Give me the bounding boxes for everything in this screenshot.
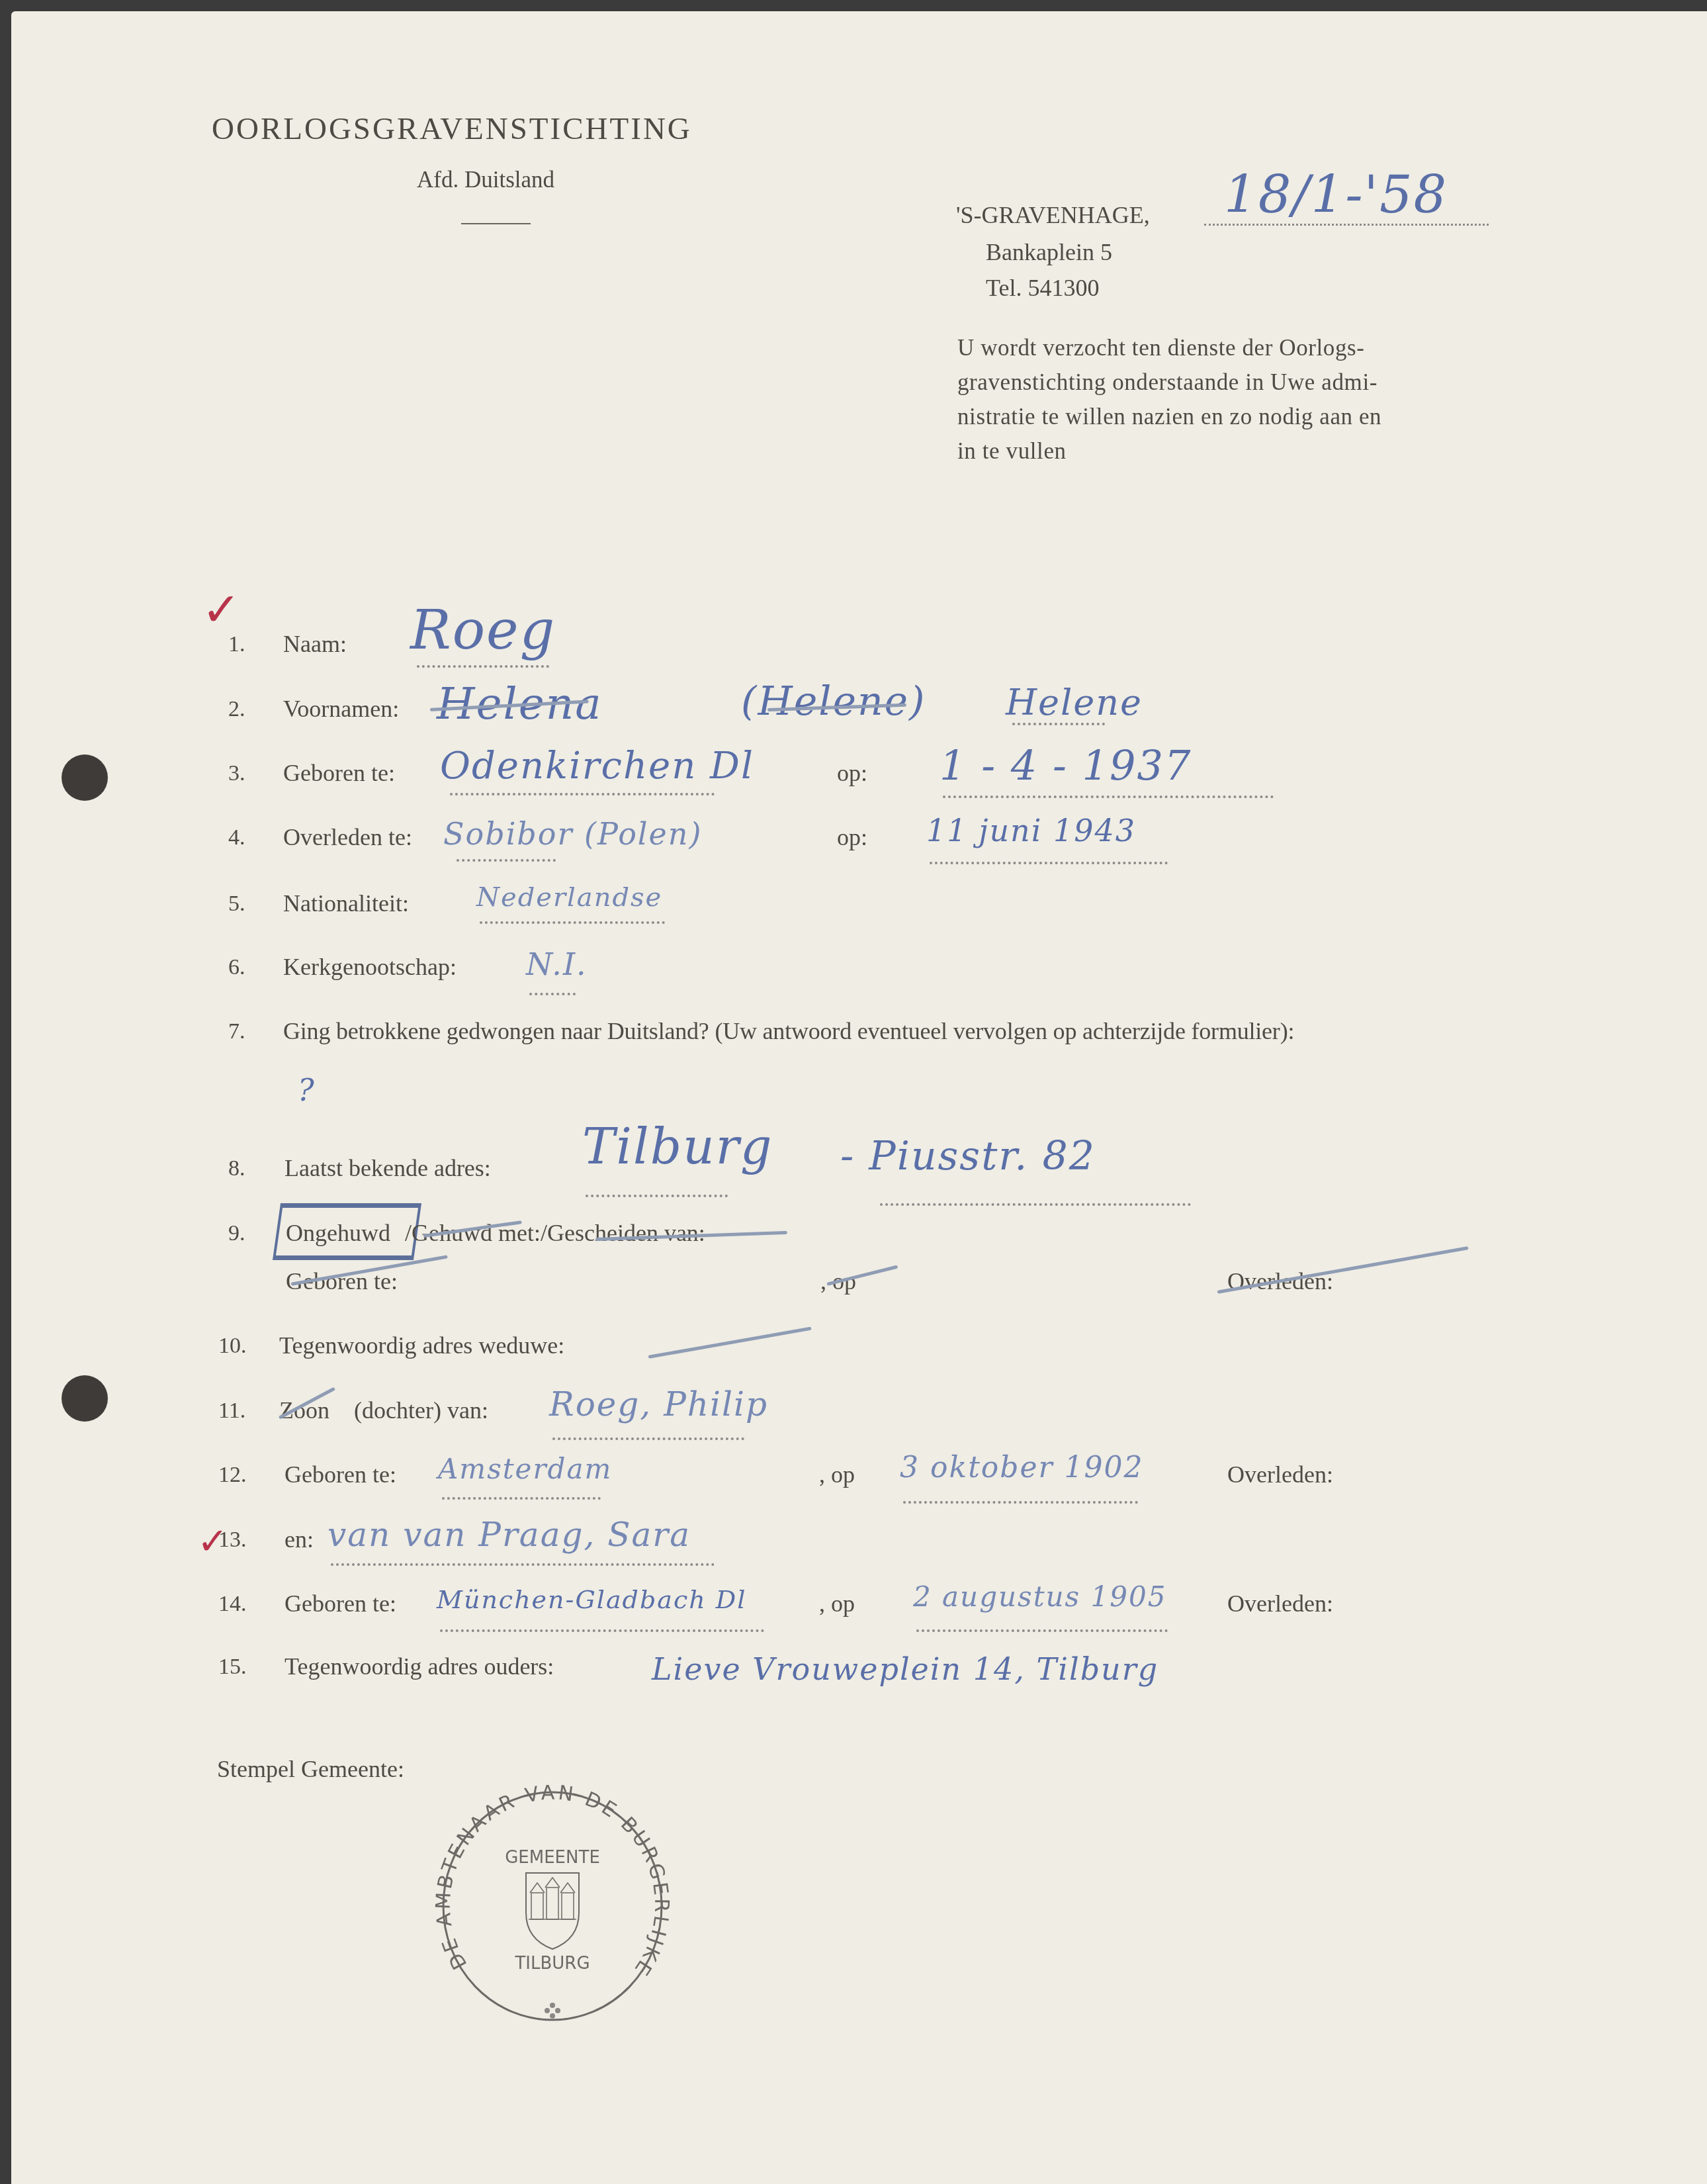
street-address: Bankaplein 5 (986, 238, 1112, 266)
field-number: 7. (228, 1019, 245, 1044)
svg-text:TILBURG: TILBURG (514, 1954, 590, 1974)
phone-number: Tel. 541300 (986, 274, 1099, 302)
father-birthdate-value: 3 oktober 1902 (900, 1451, 1144, 1484)
instruction-line: in te vullen (957, 434, 1381, 469)
religion-label: Kerkgenootschap: (283, 953, 457, 981)
mother-birthplace-dotted-line (440, 1629, 764, 1632)
document-page (11, 11, 1707, 2184)
birthdate-dotted-line (943, 796, 1274, 798)
given-names-added: Helene (1006, 682, 1143, 723)
field-number: 2. (228, 697, 245, 722)
deathdate-value: 11 juni 1943 (926, 813, 1136, 848)
field-number: 11. (218, 1398, 245, 1424)
mother-label: en: (284, 1525, 314, 1553)
mother-birthplace-label: Geboren te: (284, 1590, 396, 1617)
father-birthplace-dotted-line (442, 1497, 601, 1500)
nationality-value: Nederlandse (476, 882, 662, 913)
city-label: 'S-GRAVENHAGE, (956, 201, 1150, 229)
child-of-label: (dochter) van: (354, 1396, 488, 1424)
father-birthplace-label: Geboren te: (284, 1461, 396, 1488)
parents-address-label: Tegenwoordig adres ouders: (284, 1653, 554, 1680)
forced-to-germany-question: Ging betrokkene gedwongen naar Duitsland… (283, 1017, 1294, 1045)
field-number: 10. (218, 1334, 247, 1359)
punch-hole-bottom (62, 1375, 108, 1422)
field-number: 4. (228, 825, 245, 850)
given-names-struck: (Helene) (741, 678, 926, 725)
mother-birthdate-value: 2 augustus 1905 (913, 1580, 1166, 1613)
birthplace-value: Odenkirchen Dl (440, 745, 754, 788)
last-address-city-dotted-line (586, 1195, 728, 1197)
birthdate-op-label: op: (837, 759, 867, 787)
check-mark-icon: ✓ (202, 582, 241, 637)
field-number: 14. (218, 1592, 247, 1617)
date-handwritten: 18/1-'58 (1224, 165, 1448, 225)
municipal-stamp: DE AMBTENAAR VAN DE BURGERLIJKE STAND GE… (433, 1780, 672, 2032)
field-number: 1. (228, 632, 245, 657)
given-names-label: Voornamen: (283, 695, 399, 723)
father-dotted-line (552, 1437, 744, 1440)
field-number: 15. (218, 1655, 247, 1680)
father-birthplace-value: Amsterdam (438, 1453, 612, 1485)
deathplace-value: Sobibor (Polen) (443, 816, 702, 852)
organization-title: OORLOGSGRAVENSTICHTING (212, 111, 692, 147)
field-number: 5. (228, 891, 245, 917)
instructions-block: U wordt verzocht ten dienste der Oorlogs… (957, 331, 1381, 469)
mother-dotted-line (331, 1563, 715, 1566)
father-birthdate-op-label: , op (819, 1461, 855, 1488)
birthdate-value: 1 - 4 - 1937 (940, 741, 1192, 790)
stamp-label: Stempel Gemeente: (217, 1755, 404, 1783)
stamp-seal-icon: DE AMBTENAAR VAN DE BURGERLIJKE STAND GE… (433, 1780, 672, 2032)
svg-text:GEMEENTE: GEMEENTE (505, 1848, 600, 1868)
nationality-label: Nationaliteit: (283, 889, 409, 917)
birthplace-label: Geboren te: (283, 759, 395, 787)
father-died-label: Overleden: (1227, 1461, 1333, 1488)
mother-died-label: Overleden: (1227, 1590, 1333, 1617)
field-number: 8. (228, 1156, 245, 1181)
field-number: 12. (218, 1463, 247, 1488)
department-label: Afd. Duitsland (417, 167, 554, 193)
religion-dotted-line (529, 993, 576, 995)
father-name-value: Roeg, Philip (549, 1385, 768, 1424)
nationality-dotted-line (480, 921, 665, 924)
mother-name-value: van van Praag, Sara (328, 1516, 691, 1554)
instruction-line: U wordt verzocht ten dienste der Oorlogs… (957, 331, 1381, 365)
deathplace-label: Overleden te: (283, 823, 412, 851)
given-names-dotted-line (1012, 723, 1105, 725)
mother-birthdate-op-label: , op (819, 1590, 855, 1617)
name-dotted-line (417, 665, 549, 668)
religion-value: N.I. (526, 946, 588, 982)
widow-address-label: Tegenwoordig adres weduwe: (279, 1332, 564, 1359)
father-birthdate-dotted-line (903, 1501, 1138, 1504)
last-address-street-dotted-line (880, 1203, 1191, 1206)
mother-birthdate-dotted-line (916, 1629, 1168, 1632)
instruction-line: nistratie te willen nazien en zo nodig a… (957, 400, 1381, 434)
name-value: Roeg (410, 599, 556, 662)
last-address-city: Tilburg (582, 1118, 773, 1175)
mother-birthplace-value: München-Gladbach Dl (437, 1585, 746, 1614)
last-address-street: - Piusstr. 82 (840, 1133, 1096, 1179)
forced-to-germany-answer: ? (298, 1072, 316, 1108)
birthplace-dotted-line (450, 793, 715, 796)
last-address-label: Laatst bekende adres: (284, 1154, 491, 1182)
field-number: 6. (228, 955, 245, 980)
field-number: 9. (228, 1221, 245, 1246)
name-label: Naam: (283, 630, 347, 658)
punch-hole-top (62, 754, 108, 801)
parents-address-value: Lieve Vrouweplein 14, Tilburg (652, 1651, 1159, 1687)
field-number: 13. (218, 1527, 247, 1553)
deathdate-dotted-line (930, 862, 1168, 864)
instruction-line: gravenstichting onderstaande in Uwe admi… (957, 365, 1381, 400)
header-divider (461, 223, 531, 224)
field-number: 3. (228, 761, 245, 786)
svg-text:DE AMBTENAAR VAN DE BURGERLIJK: DE AMBTENAAR VAN DE BURGERLIJKE STAND (433, 1780, 672, 1981)
option-unmarried: Ongehuwd (286, 1219, 390, 1247)
son-label-struck: Zoon (279, 1396, 329, 1424)
deathdate-op-label: op: (837, 823, 867, 851)
deathplace-dotted-line (457, 859, 556, 862)
